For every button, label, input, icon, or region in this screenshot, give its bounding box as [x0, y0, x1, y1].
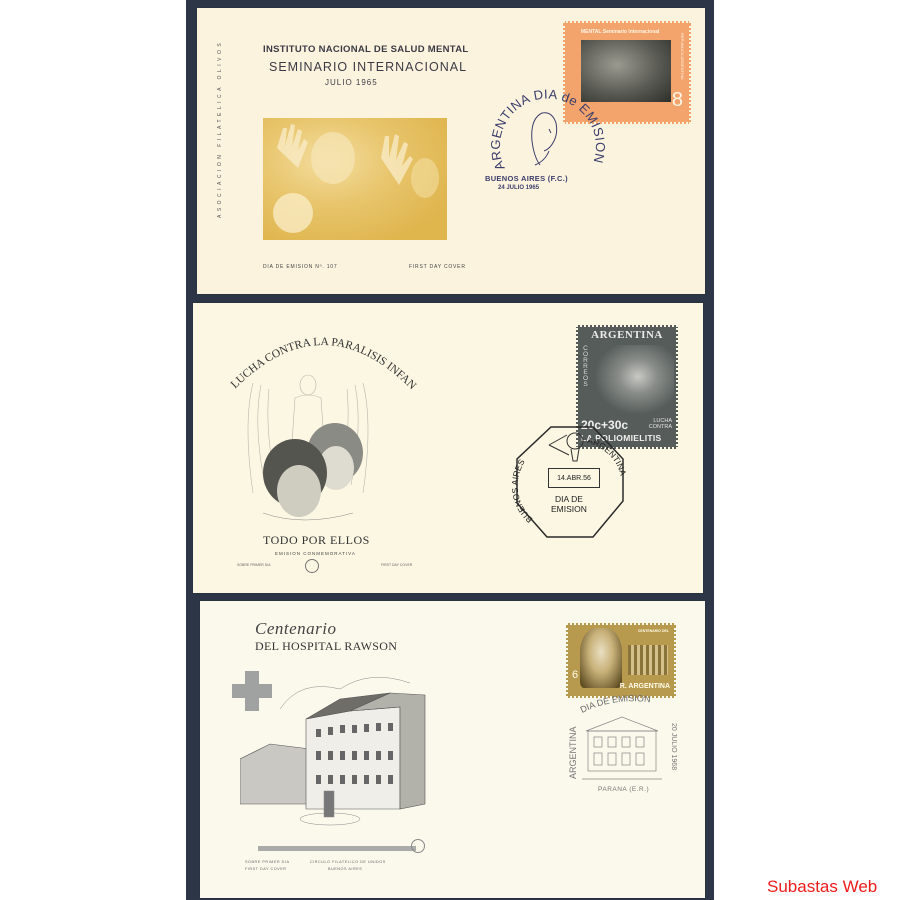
first-day-cover-hospital-rawson: Centenario DEL HOSPITAL RAWSON SOBRE PRI… [200, 601, 705, 898]
postmark-city: PARANA (E.R.) [598, 786, 649, 793]
svg-text:20 JULIO 1968: 20 JULIO 1968 [670, 723, 677, 770]
svg-text:ARGENTINA DIA de EMISION: ARGENTINA DIA de EMISION [488, 86, 607, 172]
woman-profile-icon [532, 113, 557, 165]
postmark-line-1: DIA DE [551, 494, 587, 504]
svg-text:ARGENTINA: ARGENTINA [568, 726, 578, 779]
stamp-value: 6 [572, 669, 578, 681]
cover-footer-left: SOBRE PRIMER DIA [237, 563, 271, 567]
stamp-building [628, 645, 668, 675]
svg-text:DIA DE EMISION: DIA DE EMISION [579, 693, 652, 715]
cover-side-text: ASOCIACION FILATELICA OLIVOS [217, 40, 223, 218]
cachet-angel-children-engraving [233, 363, 383, 533]
stamp-country: ARGENTINA [578, 329, 676, 341]
stamp-top-text: MENTAL Seminario Internacional [581, 29, 659, 35]
cover-subtitle: TODO POR ELLOS [263, 533, 370, 548]
postmark-city: BUENOS AIRES (F.C.) [485, 174, 568, 183]
stamp-portrait [580, 628, 622, 688]
postage-stamp: CENTENARIO DEL 6 R. ARGENTINA [566, 623, 676, 698]
seal-icon [411, 839, 425, 853]
decorative-bar [258, 846, 416, 851]
stamp-lucha-contra: LUCHA CONTRA [649, 418, 672, 430]
stamp-text-contra: CONTRA [649, 424, 672, 430]
cover-footer-right: CIRCULO FILATELICO DE UNIDOS BUENOS AIRE… [310, 859, 386, 873]
seal-icon [305, 559, 319, 573]
cover-script-title: Centenario [255, 619, 337, 639]
stamp-top-text: CENTENARIO DEL [638, 629, 669, 633]
cover-footer-left: SOBRE PRIMER DIA FIRST DAY COVER [245, 859, 290, 873]
stamp-side-text: CORREOS [582, 345, 589, 387]
cachet-hospital-engraving [240, 669, 430, 829]
stamp-image [594, 345, 674, 415]
cover-caption: EMISION CONMEMORATIVA [275, 551, 356, 556]
cover-date: JULIO 1965 [325, 78, 378, 87]
postmark-cancel: DIA DE EMISION ARGENTINA 20 JULIO 1968 [562, 693, 682, 793]
footer-right-line-1: CIRCULO FILATELICO DE UNIDOS [310, 859, 386, 866]
postmark-label: DIA DE EMISION [551, 494, 587, 514]
stamp-side-text: REPUBLICA ARGENTINA [673, 33, 685, 83]
post-horn-icon [549, 433, 583, 461]
cover-footer-issue-number: DIA DE EMISION Nº. 107 [263, 264, 337, 270]
stamp-value: 8 [672, 89, 683, 112]
cover-footer-label: FIRST DAY COVER [409, 264, 466, 270]
cachet-children-image [263, 118, 447, 240]
footer-right-line-2: BUENOS AIRES [310, 866, 386, 873]
cover-title: INSTITUTO NACIONAL DE SALUD MENTAL [263, 44, 468, 55]
svg-text:BUENOS AIRES: BUENOS AIRES [511, 457, 534, 525]
first-day-cover-salud-mental: ASOCIACION FILATELICA OLIVOS INSTITUTO N… [197, 8, 705, 294]
postmark-line-2: EMISION [551, 504, 587, 514]
hospital-building-icon [582, 717, 662, 779]
cover-subtitle: SEMINARIO INTERNACIONAL [269, 60, 467, 74]
cover-title: DEL HOSPITAL RAWSON [255, 639, 397, 654]
postmark-date: 14.ABR.56 [548, 468, 600, 488]
stamp-country: R. ARGENTINA [620, 683, 670, 690]
footer-left-line-2: FIRST DAY COVER [245, 866, 290, 873]
first-day-cover-polio: LUCHA CONTRA LA PARALISIS INFANTIL TODO … [193, 303, 703, 593]
cover-footer-right: FIRST DAY COVER [381, 563, 412, 567]
watermark-brand: Subastas Web [767, 877, 877, 897]
footer-left-line-1: SOBRE PRIMER DIA [245, 859, 290, 866]
postmark-date: 24 JULIO 1965 [498, 185, 539, 191]
